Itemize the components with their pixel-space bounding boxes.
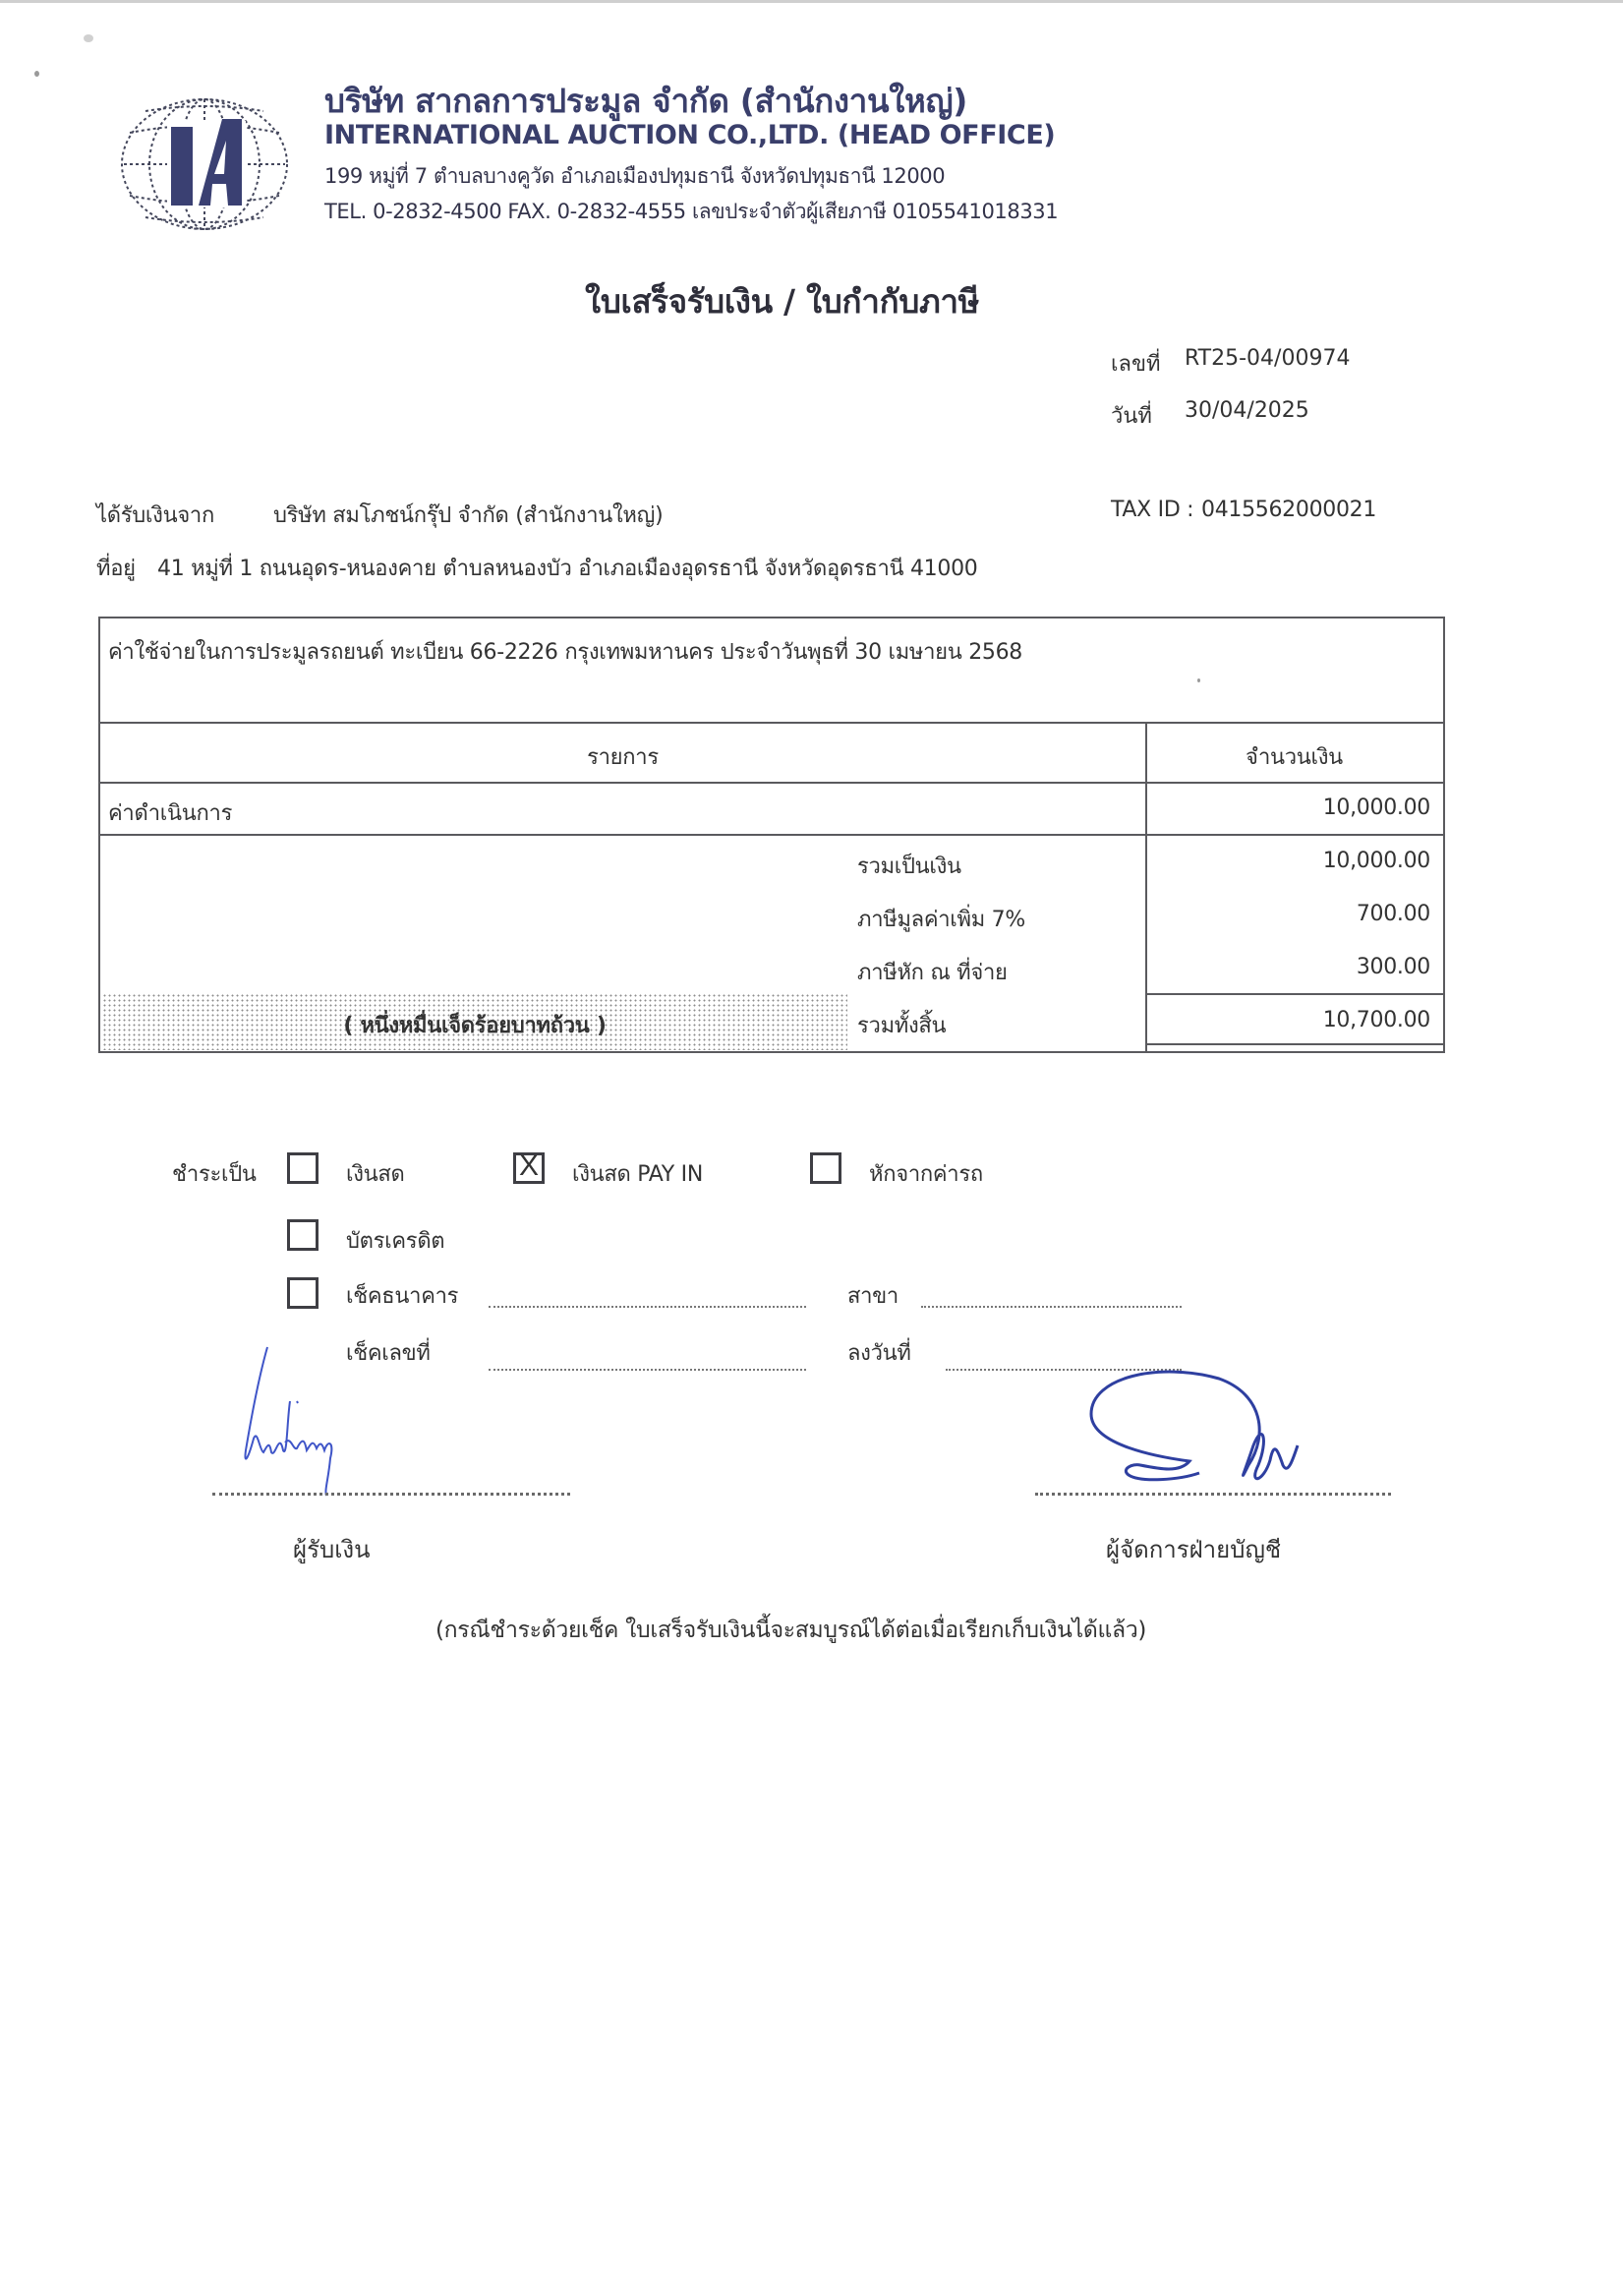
doc-date-label: วันที่ <box>1111 398 1152 433</box>
received-from-label: ได้รับเงินจาก <box>96 498 214 532</box>
branch-label: สาขา <box>847 1278 898 1313</box>
doc-number: RT25-04/00974 <box>1185 346 1350 371</box>
tax-id: 0415562000021 <box>1201 498 1376 522</box>
divider <box>1145 993 1443 995</box>
dated-label: ลงวันที่ <box>847 1335 911 1370</box>
tax-id-label: TAX ID : <box>1111 498 1193 522</box>
header-item: รายการ <box>100 739 1145 774</box>
customer-name: บริษัท สมโภชน์กรุ๊ป จำกัด (สำนักงานใหญ่) <box>273 498 663 532</box>
subtotal-label: รวมเป็นเงิน <box>857 849 961 883</box>
company-name-en: INTERNATIONAL AUCTION CO.,LTD. (HEAD OFF… <box>324 120 1055 150</box>
company-contact: TEL. 0-2832-4500 FAX. 0-2832-4555 เลขประ… <box>324 196 1058 228</box>
option-credit-card: บัตรเครดิต <box>346 1223 444 1258</box>
company-logo <box>116 93 293 236</box>
divider <box>100 722 1443 724</box>
vat-amount: 700.00 <box>1145 902 1430 926</box>
company-address: 199 หมู่ที่ 7 ตำบลบางคูวัด อำเภอเมืองปทุ… <box>324 160 945 193</box>
amount-in-words: ( หนึ่งหมื่นเจ็ดร้อยบาทถ้วน ) <box>102 1008 847 1042</box>
option-deduct-car: หักจากค่ารถ <box>869 1156 983 1191</box>
page-edge <box>0 0 1623 3</box>
total-amount: 10,700.00 <box>1145 1008 1430 1032</box>
withholding-amount: 300.00 <box>1145 955 1430 979</box>
header-amount: จำนวนเงิน <box>1145 739 1443 774</box>
customer-address: 41 หมู่ที่ 1 ถนนอุดร-หนองคาย ตำบลหนองบัว… <box>157 551 977 585</box>
receiver-signature <box>236 1342 423 1500</box>
checkbox-credit-card[interactable] <box>287 1219 319 1251</box>
check-x-icon: X <box>516 1150 542 1182</box>
bank-check-field[interactable] <box>489 1306 806 1308</box>
divider <box>100 834 1443 836</box>
item-label: ค่าดำเนินการ <box>108 795 232 830</box>
manager-label: ผู้จัดการฝ่ายบัญชี <box>1106 1530 1281 1568</box>
item-amount: 10,000.00 <box>1145 795 1430 820</box>
receiver-label: ผู้รับเงิน <box>293 1530 371 1568</box>
scan-speck <box>84 34 93 42</box>
double-underline <box>1145 1043 1443 1045</box>
checkbox-bank-check[interactable] <box>287 1277 319 1309</box>
branch-field[interactable] <box>921 1306 1182 1308</box>
check-no-field[interactable] <box>489 1369 806 1371</box>
address-label: ที่อยู่ <box>96 551 136 585</box>
receiver-signature-line <box>212 1493 570 1496</box>
doc-date: 30/04/2025 <box>1185 398 1309 423</box>
receipt-table: ค่าใช้จ่ายในการประมูลรถยนต์ ทะเบียน 66-2… <box>98 617 1445 1053</box>
manager-signature-line <box>1035 1493 1391 1496</box>
checkbox-cash-payin[interactable]: X <box>513 1152 545 1184</box>
doc-number-label: เลขที่ <box>1111 346 1161 381</box>
document-title: ใบเสร็จรับเงิน / ใบกำกับภาษี <box>585 275 979 327</box>
scan-speck <box>34 71 39 77</box>
option-cash: เงินสด <box>346 1156 405 1191</box>
table-description: ค่าใช้จ่ายในการประมูลรถยนต์ ทะเบียน 66-2… <box>108 634 1022 669</box>
option-cash-payin: เงินสด PAY IN <box>572 1156 703 1191</box>
subtotal-amount: 10,000.00 <box>1145 849 1430 873</box>
payment-label: ชำระเป็น <box>172 1156 257 1191</box>
total-label: รวมทั้งสิ้น <box>857 1008 946 1042</box>
vat-label: ภาษีมูลค่าเพิ่ม 7% <box>857 902 1025 936</box>
globe-icon <box>116 93 293 236</box>
withholding-label: ภาษีหัก ณ ที่จ่าย <box>857 955 1008 989</box>
checkbox-cash[interactable] <box>287 1152 319 1184</box>
divider <box>100 782 1443 784</box>
checkbox-deduct-car[interactable] <box>810 1152 841 1184</box>
manager-signature <box>1081 1367 1376 1495</box>
footer-note: (กรณีชำระด้วยเช็ค ใบเสร็จรับเงินนี้จะสมบ… <box>435 1613 1146 1648</box>
option-bank-check: เช็คธนาคาร <box>346 1278 458 1313</box>
